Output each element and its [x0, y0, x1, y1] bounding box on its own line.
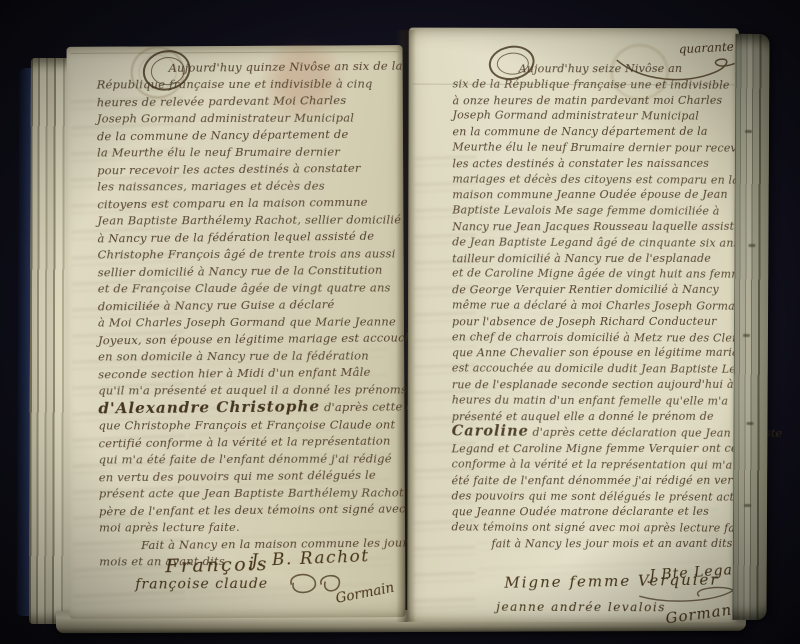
manuscript-line: fait à Nancy les jour mois et an avant d…: [491, 536, 737, 552]
manuscript-line: de Jean Baptiste Legand âgé de cinquante…: [452, 234, 738, 251]
edge-ink-mark: [743, 334, 750, 337]
manuscript-line: Nancy rue Jean Jacques Rousseau laquelle…: [452, 219, 738, 235]
manuscript-line: heures du matin d'un enfant femelle qu'e…: [452, 392, 738, 409]
manuscript-line: Jean Baptiste Barthélemy Rachot, sellier…: [97, 211, 399, 229]
manuscript-line: Joseph Gormand administrateur Municipal: [97, 109, 399, 127]
manuscript-line: Aujourd'huy quinze Nivôse an six de la: [169, 58, 399, 77]
edge-ink-mark: [744, 504, 751, 507]
manuscript-line: Baptiste Levalois Me sage femme domicili…: [452, 203, 738, 220]
page-edges-right: [732, 34, 769, 620]
manuscript-line: République française une et indivisible …: [97, 75, 399, 93]
impressed-line: [71, 51, 399, 54]
manuscript-line: des pouvoirs qui me sont délégués le pré…: [452, 488, 738, 505]
manuscript-line: tailleur domicilié à Nancy rue de l'espl…: [452, 250, 738, 266]
manuscript-line: est accouchée au domicile dudit Jean Bap…: [452, 361, 738, 378]
manuscript-line: domiciliée à Nancy rue Guise a déclaré: [98, 295, 400, 315]
manuscript-line: heures de relevée pardevant Moi Charles: [97, 91, 399, 111]
manuscript-line: seconde section hier à Midi d'un enfant …: [98, 363, 400, 383]
manuscript-line: Meurthe élu le neuf Brumaire dernier pou…: [452, 139, 738, 156]
manuscript-line: de la commune de Nancy département de: [97, 125, 399, 145]
manuscript-line: pour l'absence de Joseph Richard Conduct…: [452, 314, 738, 330]
manuscript-line: qu'il m'a présenté et auquel il a donné …: [98, 381, 400, 399]
photo-background: Aujourd'huy quinze Nivôse an six de laRé…: [0, 0, 800, 644]
edge-ink-mark: [745, 130, 752, 133]
manuscript-line: certifié conforme à la vérité et la repr…: [99, 432, 401, 452]
manuscript-line: en la commune de Nancy département de la: [452, 124, 738, 140]
manuscript-line: à Nancy rue de la fédération lequel assi…: [97, 227, 399, 247]
manuscript-line: qui m'a été faite de l'enfant dénommé j'…: [99, 450, 401, 468]
manuscript-line: moi après lecture faite.: [99, 518, 401, 536]
manuscript-line: en vertu des pouvoirs qui me sont délégu…: [99, 466, 401, 486]
manuscript-line: Joyeux, son épouse en légitime mariage e…: [98, 329, 400, 349]
manuscript-line: père de l'enfant et les deux témoins ont…: [99, 500, 401, 520]
edge-ink-mark: [748, 244, 755, 247]
manuscript-line: en chef de charrois domicilié à Metz rue…: [452, 329, 738, 346]
manuscript-page-right: quarante six Aujourd'huy seize Nivôse an…: [407, 28, 739, 623]
manuscript-line: de George Verquier Rentier domicilié à N…: [452, 282, 738, 298]
manuscript-line: que Anne Chevalier son épouse en légitim…: [452, 345, 738, 361]
manuscript-line: deux témoins ont signé avec moi après le…: [451, 520, 737, 537]
manuscript-line: même rue a déclaré à moi Charles Joseph …: [452, 297, 738, 314]
edge-ink-mark: [746, 422, 753, 425]
manuscript-line: les actes destinés à constater les naiss…: [452, 156, 738, 172]
manuscript-line: pour recevoir les actes destinés à const…: [97, 159, 399, 179]
manuscript-line: Aujourd'huy seize Nivôse an: [519, 61, 739, 77]
manuscript-line: à onze heures de matin pardevant moi Cha…: [453, 92, 739, 108]
manuscript-line: les naissances, mariages et décès des: [97, 177, 399, 195]
manuscript-line: mariages et décès des citoyens est compa…: [452, 171, 738, 188]
manuscript-line: présent acte que Jean Baptiste Barthélem…: [99, 484, 401, 502]
manuscript-line: et de Françoise Claude âgée de vingt qua…: [98, 279, 400, 297]
manuscript-line: Legand et Caroline Migne femme Verquier …: [452, 441, 738, 457]
act-text-right: Aujourd'huy seize Nivôse ansix de la Rép…: [451, 61, 738, 552]
signature-levalois: jeanne andrée levalois: [496, 600, 666, 614]
manuscript-line: conforme à la vérité et la représentatio…: [452, 456, 738, 473]
manuscript-line: six de la République française une et in…: [453, 76, 739, 93]
act-text-left: Aujourd'huy quinze Nivôse an six de laRé…: [97, 58, 402, 571]
signature-francoise-claude: françoise claude: [135, 576, 268, 593]
manuscript-line: que Jeanne Oudée matrone déclarante et l…: [451, 504, 737, 520]
manuscript-line: Caroline d'après cette déclaration que J…: [452, 424, 738, 442]
manuscript-line: que Christophe François et Françoise Cla…: [98, 416, 400, 434]
manuscript-line: d'Alexandre Christophe d'après cette déc…: [98, 397, 400, 418]
manuscript-line: et de Caroline Migne âgée de vingt huit …: [452, 266, 738, 283]
book-gutter-shadow: [396, 30, 416, 622]
manuscript-line: citoyens est comparu en la maison commun…: [97, 193, 399, 213]
manuscript-line: rue de l'esplanade seconde section aujou…: [452, 377, 738, 393]
manuscript-line: maison commune Jeanne Oudée épouse de Je…: [452, 187, 738, 203]
manuscript-line: la Meurthe élu le neuf Brumaire dernier: [97, 143, 399, 161]
manuscript-line: sellier domicilié à Nancy rue de la Cons…: [98, 261, 400, 281]
manuscript-page-left: Aujourd'huy quinze Nivôse an six de laRé…: [67, 45, 406, 619]
manuscript-line: été faite de l'enfant dénommée j'ai rédi…: [452, 473, 738, 489]
manuscript-line: en son domicile à Nancy rue de la fédéra…: [98, 347, 400, 365]
manuscript-line: à Moi Charles Joseph Gormand que Marie J…: [98, 313, 400, 331]
manuscript-line: Christophe François âgé de trente trois …: [98, 245, 400, 263]
manuscript-line: Joseph Gormand administrateur Municipal: [453, 108, 739, 125]
